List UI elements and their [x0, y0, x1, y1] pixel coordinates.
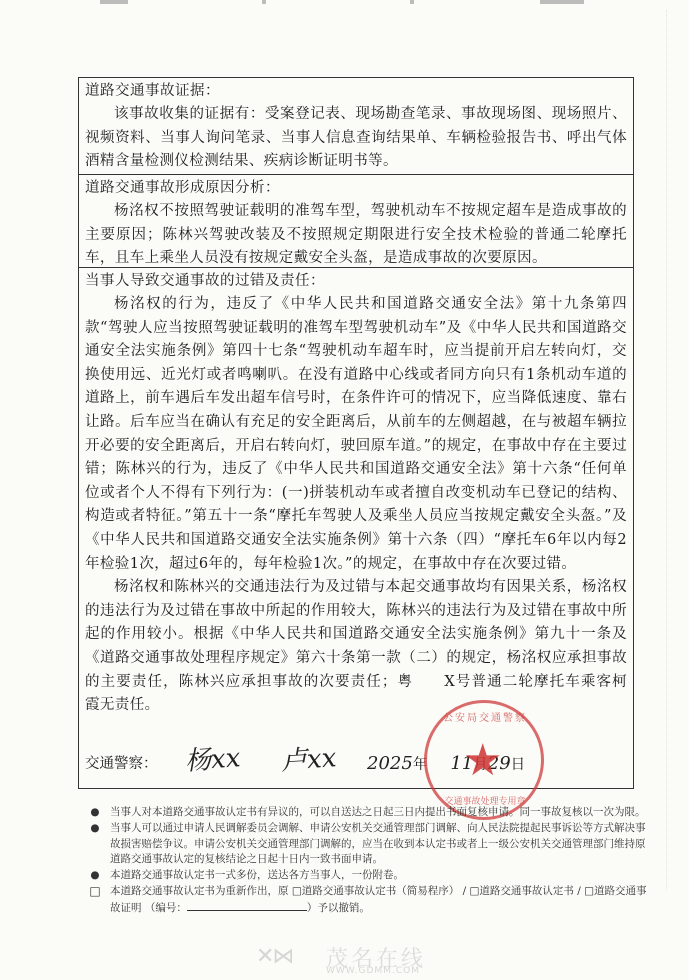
watermark-logo-icon: ✕⋈ — [256, 944, 292, 969]
evidence-title: 道路交通事故证据： — [85, 80, 627, 103]
officer-label: 交通警察： — [85, 746, 158, 782]
date-day: 29 — [488, 753, 511, 774]
serial-number-blank — [187, 900, 307, 911]
footnotes: ● 当事人对本道路交通事故认定书有异议的，可以自送达之日起三日内提出书面复核申请… — [88, 805, 648, 917]
note-item: ● 当事人对本道路交通事故认定书有异议的，可以自送达之日起三日内提出书面复核申请… — [88, 805, 648, 821]
note-item: ● 本道路交通事故认定书一式多份，送达各方当事人，一份附卷。 — [88, 868, 648, 884]
bullet-icon: ● — [88, 805, 102, 821]
accident-report-form: 道路交通事故证据： 该事故收集的证据有：受案登记表、现场勘查笔录、事故现场图、现… — [78, 77, 634, 789]
fault-paragraph-1: 杨洺权的行为，违反了《中华人民共和国道路交通安全法》第十九条第四款“驾驶人应当按… — [85, 293, 627, 576]
signature-row: 交通警察： 杨xx 卢xx 2025年 11月29日 — [85, 746, 625, 782]
bullet-icon: ● — [88, 868, 102, 884]
note-item: □ 本道路交通事故认定书为重新作出，原 □道路交通事故认定书（简易程序） / □… — [88, 884, 648, 917]
evidence-body: 该事故收集的证据有：受案登记表、现场勘查笔录、事故现场图、现场照片、视频资料、当… — [85, 103, 627, 174]
cause-analysis-section: 道路交通事故形成原因分析： 杨洺权不按照驾驶证载明的准驾车型，驾驶机动车不按规定… — [79, 175, 633, 268]
note-text: 本道路交通事故认定书一式多份，送达各方当事人，一份附卷。 — [110, 869, 404, 881]
note-item: ● 当事人可以通过申请人民调解委员会调解、申请公安机关交通管理部门调解、向人民法… — [88, 821, 648, 868]
note-text: 当事人可以通过申请人民调解委员会调解、申请公安机关交通管理部门调解、向人民法院提… — [110, 822, 646, 866]
watermark-url: WWW.GDMM.COM — [326, 966, 420, 976]
cause-body: 杨洺权不按照驾驶证载明的准驾车型，驾驶机动车不按规定超车是造成事故的主要原因；陈… — [85, 200, 627, 271]
date-day-suffix: 日 — [511, 757, 526, 773]
fault-title: 当事人导致交通事故的过错及责任： — [85, 270, 627, 293]
checkbox-icon: □ — [88, 884, 102, 900]
fault-responsibility-section: 当事人导致交通事故的过错及责任： 杨洺权的行为，违反了《中华人民共和国道路交通安… — [79, 268, 633, 788]
note-text: 当事人对本道路交通事故认定书有异议的，可以自送达之日起三日内提出书面复核申请。同… — [110, 806, 646, 818]
signature-date: 2025年 11月29日 — [367, 746, 525, 783]
note-suffix: ）予以撤销。 — [307, 902, 370, 914]
bullet-icon: ● — [88, 821, 102, 837]
site-watermark: ✕⋈ 茂名在线 WWW.GDMM.COM — [256, 942, 456, 978]
date-year-suffix: 年 — [413, 757, 428, 773]
date-year: 2025 — [367, 753, 413, 774]
scan-artifacts — [0, 0, 689, 20]
cause-title: 道路交通事故形成原因分析： — [85, 177, 627, 200]
officer-signature-1: 杨xx — [184, 740, 242, 780]
date-month: 11 — [450, 753, 473, 774]
evidence-section: 道路交通事故证据： 该事故收集的证据有：受案登记表、现场勘查笔录、事故现场图、现… — [79, 78, 633, 175]
date-month-suffix: 月 — [473, 757, 488, 773]
scan-edge-noise — [666, 10, 681, 890]
fault-paragraph-2: 杨洺权和陈林兴的交通违法行为及过错与本起交通事故均有因果关系，杨洺权的违法行为及… — [85, 576, 627, 718]
officer-signature-2: 卢xx — [280, 740, 338, 780]
